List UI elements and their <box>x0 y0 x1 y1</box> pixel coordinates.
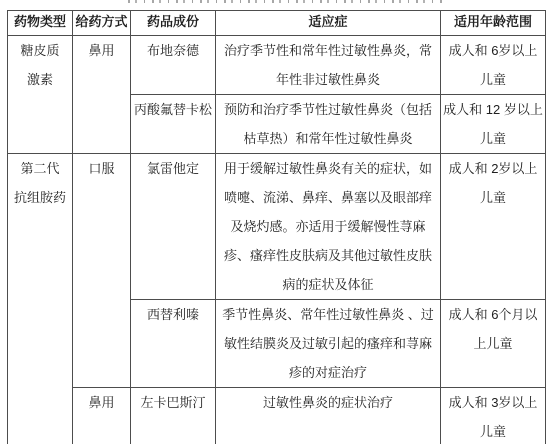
table-row: 第二代 抗组胺药 口服 氯雷他定 用于缓解过敏性鼻炎有关的症状，如喷嚏、流涕、鼻… <box>8 154 546 300</box>
admin-route-cell: 鼻用 <box>73 388 131 444</box>
age-range-cell: 成人和 6个月以上儿童 <box>441 300 546 388</box>
indication-cell: 用于缓解过敏性鼻炎有关的症状，如喷嚏、流涕、鼻痒、鼻塞以及眼部痒及烧灼感。亦适用… <box>216 154 441 300</box>
age-range-cell: 成人和 3岁以上儿童 <box>441 388 546 444</box>
table-row: 糖皮质 激素 鼻用 布地奈德 治疗季节性和常年性过敏性鼻炎，常年性非过敏性鼻炎 … <box>8 36 546 95</box>
indication-cell: 过敏性鼻炎的症状治疗 <box>216 388 441 444</box>
header-age-range: 适用年龄范围 <box>441 11 546 36</box>
medication-table: 药物类型 给药方式 药品成份 适应症 适用年龄范围 糖皮质 激素 鼻用 布地奈德… <box>7 10 546 444</box>
age-range-cell: 成人和 12 岁以上儿童 <box>441 95 546 154</box>
ingredient-cell: 西替利嗪 <box>131 300 216 388</box>
ingredient-cell: 布地奈德 <box>131 36 216 95</box>
admin-route-cell: 鼻用 <box>73 36 131 154</box>
header-row: 药物类型 给药方式 药品成份 适应症 适用年龄范围 <box>8 11 546 36</box>
header-drug-type: 药物类型 <box>8 11 73 36</box>
age-range-cell: 成人和 6岁以上儿童 <box>441 36 546 95</box>
table-row: 鼻用 左卡巴斯汀 过敏性鼻炎的症状治疗 成人和 3岁以上儿童 <box>8 388 546 444</box>
ingredient-cell: 丙酸氟替卡松 <box>131 95 216 154</box>
indication-cell: 季节性鼻炎、常年性过敏性鼻炎 、过敏性结膜炎及过敏引起的瘙痒和荨麻疹的对症治疗 <box>216 300 441 388</box>
indication-cell: 预防和治疗季节性过敏性鼻炎（包括枯草热）和常年性过敏性鼻炎 <box>216 95 441 154</box>
ingredient-cell: 氯雷他定 <box>131 154 216 300</box>
age-range-cell: 成人和 2岁以上儿童 <box>441 154 546 300</box>
admin-route-cell: 口服 <box>73 154 131 388</box>
clipped-title-fragment <box>128 0 442 3</box>
header-admin-route: 给药方式 <box>73 11 131 36</box>
header-ingredient: 药品成份 <box>131 11 216 36</box>
ingredient-cell: 左卡巴斯汀 <box>131 388 216 444</box>
header-indication: 适应症 <box>216 11 441 36</box>
drug-type-cell: 第二代 抗组胺药 <box>8 154 73 444</box>
indication-cell: 治疗季节性和常年性过敏性鼻炎，常年性非过敏性鼻炎 <box>216 36 441 95</box>
drug-type-cell: 糖皮质 激素 <box>8 36 73 154</box>
page: { "table": { "headers": ["药物类型", "给药方式",… <box>0 0 550 444</box>
